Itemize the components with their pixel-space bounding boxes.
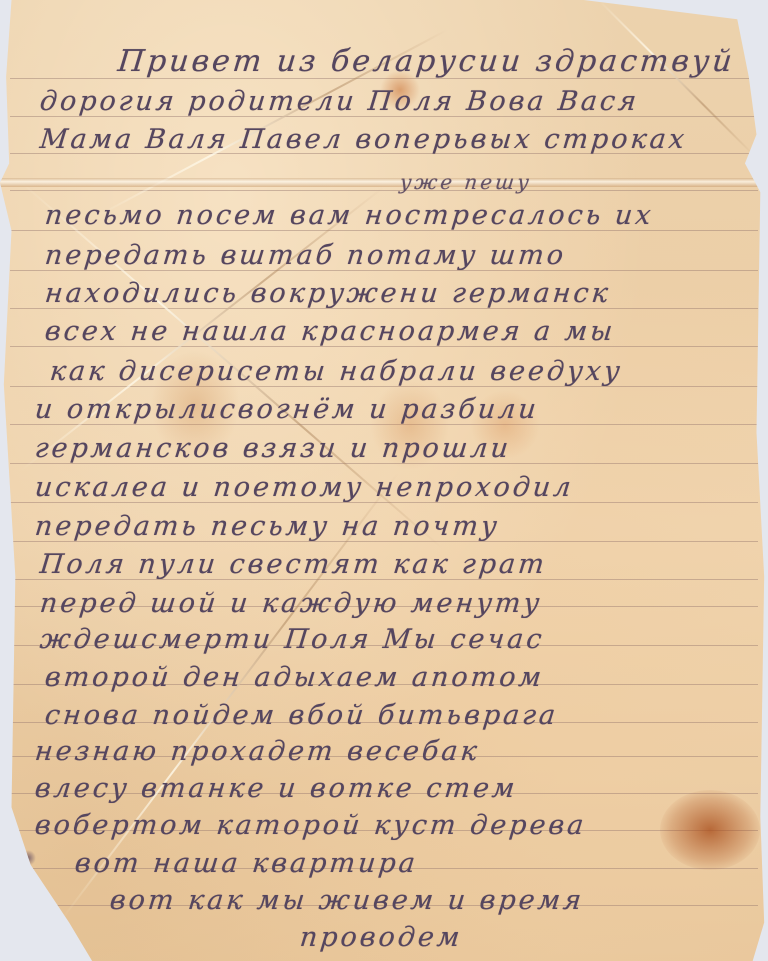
letter-paper: Привет из беларусии здраствуй дорогия ро… bbox=[0, 0, 768, 961]
stain bbox=[660, 790, 760, 870]
letter-line: передать вштаб потаму што bbox=[43, 240, 567, 271]
letter-line: и открылисвогнём и разбили bbox=[33, 394, 540, 425]
letter-line: искалеа и поетому непроходил bbox=[33, 472, 575, 503]
letter-line: влесу втанке и вотке стем bbox=[33, 773, 519, 804]
ink-blot bbox=[20, 850, 36, 866]
letter-line: вот как мы живем и время bbox=[108, 885, 585, 916]
letter-line: ждешсмерти Поля Мы сечас bbox=[38, 624, 546, 655]
letter-line: проводем bbox=[298, 922, 464, 953]
letter-line: незнаю прохадет весебак bbox=[33, 736, 481, 767]
letter-line: вот наша квартира bbox=[73, 848, 419, 879]
letter-line: находились вокружени германск bbox=[43, 278, 612, 309]
letter-line: второй ден адыхаем апотом bbox=[43, 662, 545, 693]
letter-line: вобертом каторой куст дерева bbox=[33, 810, 588, 841]
letter-line: всех не нашла красноармея а мы bbox=[43, 316, 616, 347]
letter-line: снова пойдем вбой битьврага bbox=[43, 700, 559, 731]
letter-line: песьмо посем вам ностресалось их bbox=[43, 200, 655, 231]
letter-line: Поля пули свестят как грат bbox=[38, 549, 548, 580]
letter-line: Привет из беларусии здраствуй bbox=[116, 44, 736, 79]
letter-line: передать песьму на почту bbox=[33, 511, 501, 542]
letter-line: перед шой и каждую менуту bbox=[38, 588, 543, 619]
letter-line: Мама Валя Павел воперьвых строках bbox=[38, 124, 688, 155]
letter-line: уже пешу bbox=[399, 170, 533, 194]
document-photo: Привет из беларусии здраствуй дорогия ро… bbox=[0, 0, 768, 961]
rule-line bbox=[10, 190, 758, 191]
letter-line: как дисерисеты набрали веедуху bbox=[48, 356, 624, 387]
letter-line: германсков взязи и прошли bbox=[33, 433, 512, 464]
letter-line: дорогия родители Поля Вова Вася bbox=[38, 86, 640, 117]
torn-fold bbox=[0, 178, 768, 187]
